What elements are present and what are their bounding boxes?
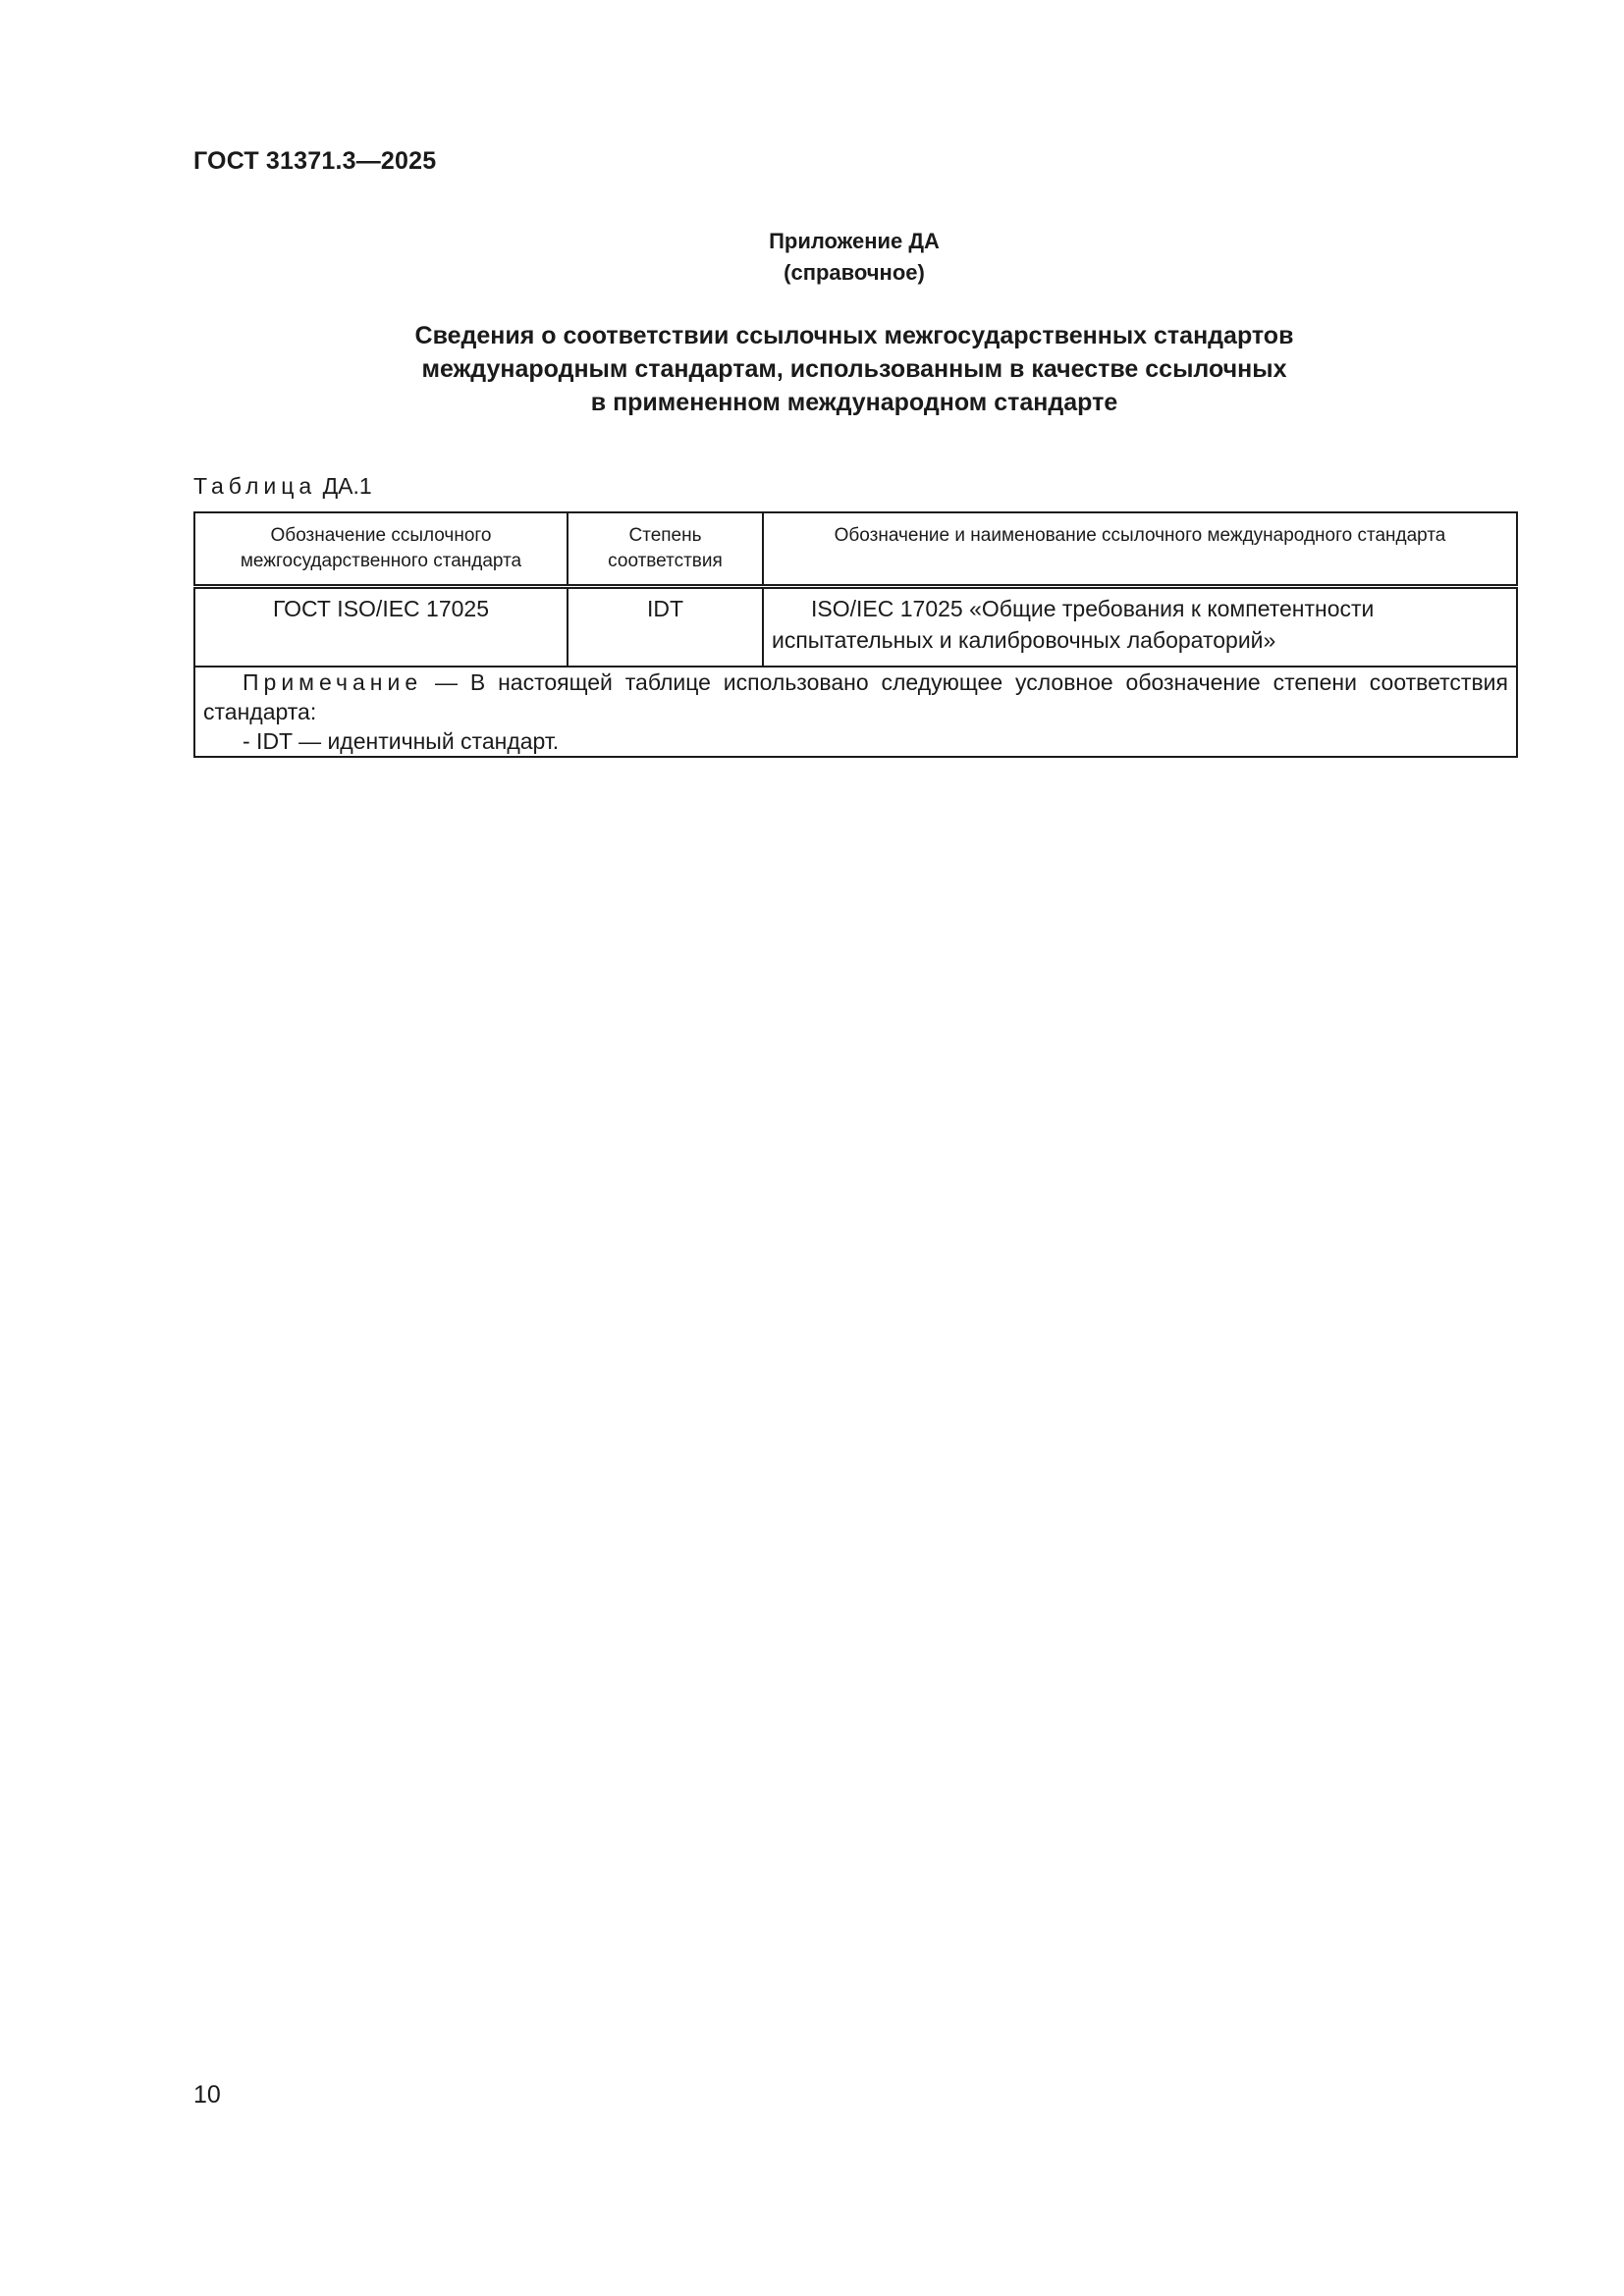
title-line: в примененном международном стандарте [0,386,1624,419]
document-code: ГОСТ 31371.3—2025 [193,147,436,176]
note-item: - IDT — идентичный стандарт. [243,728,559,754]
column-header-international-standard: Обозначение и наименование ссылочного ме… [763,512,1517,587]
cell-international-standard: ISO/IEC 17025 «Общие требования к компет… [763,587,1517,667]
table-note-row: Примечание — В настоящей таблице использ… [194,667,1517,757]
column-header-degree: Степень соответствия [568,512,763,587]
cell-interstate-standard: ГОСТ ISO/IEC 17025 [194,587,568,667]
cell-degree: IDT [568,587,763,667]
table-header-row: Обозначение ссылочного межгосударственно… [194,512,1517,587]
table-caption: Таблица ДА.1 [193,473,372,500]
reference-standards-table: Обозначение ссылочного межгосударственно… [193,511,1518,758]
table-row: ГОСТ ISO/IEC 17025 IDT ISO/IEC 17025 «Об… [194,587,1517,667]
appendix-title: Сведения о соответствии ссылочных межгос… [0,319,1624,419]
international-standard-text: ISO/IEC 17025 «Общие требования к компет… [772,596,1374,653]
title-line: Сведения о соответствии ссылочных межгос… [0,319,1624,352]
title-line: международным стандартам, использованным… [0,352,1624,386]
page-number: 10 [193,2081,221,2109]
appendix-status: (справочное) [0,257,1624,289]
table-note: Примечание — В настоящей таблице использ… [194,667,1517,757]
appendix-heading: Приложение ДА (справочное) [0,226,1624,289]
appendix-label: Приложение ДА [0,226,1624,257]
note-label: Примечание [243,669,422,695]
table-caption-number: ДА.1 [323,473,372,499]
table-caption-word: Таблица [193,473,316,499]
column-header-interstate-standard: Обозначение ссылочного межгосударственно… [194,512,568,587]
